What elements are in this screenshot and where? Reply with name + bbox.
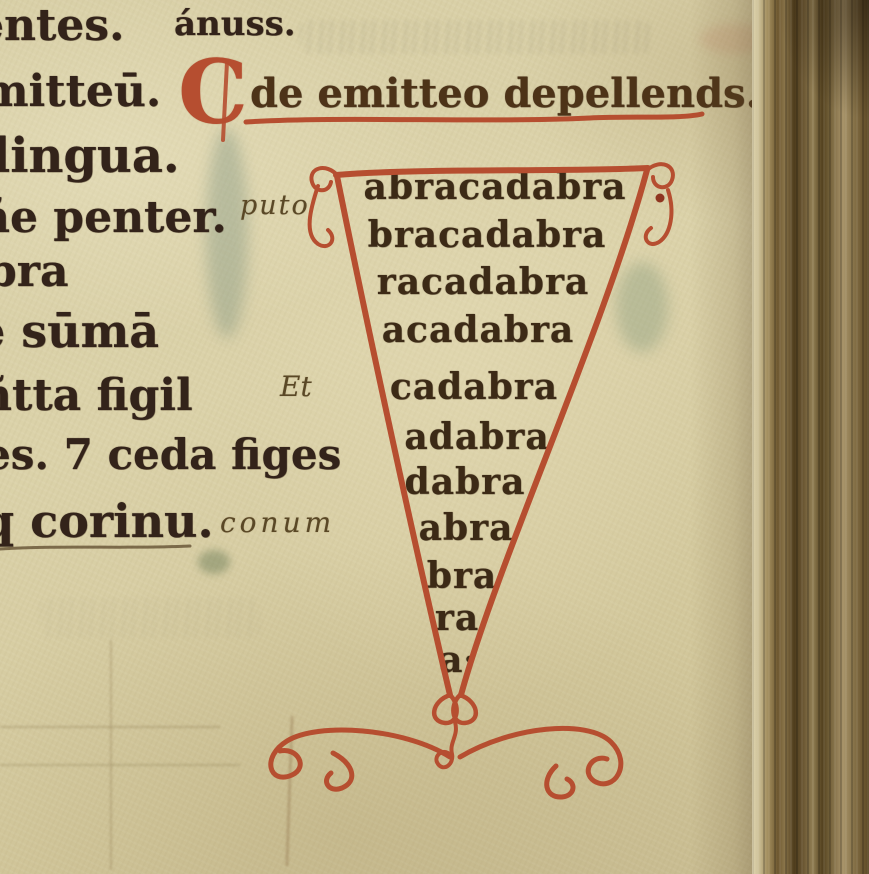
text-line-lingua: lingua. — [0, 128, 180, 184]
text-line-entes: entes. — [0, 0, 124, 51]
triangle-line-3: racadabra — [377, 261, 590, 303]
ruling-line — [0, 764, 240, 766]
triangle-line-10: ra — [435, 597, 479, 639]
book-fore-edge — [752, 0, 869, 874]
flourish-left-hook — [327, 753, 352, 789]
corner-curl-right — [647, 164, 673, 187]
text-line-corinu: q corinu. — [0, 494, 213, 548]
text-line-ceda: es. 7 ceda figes — [0, 430, 341, 479]
page-curvature-shadow — [690, 0, 752, 874]
parchment-crease — [285, 716, 293, 866]
parchment-crease — [110, 640, 112, 870]
margin-note-anuss: ánuss. — [174, 4, 296, 44]
chapter-heading: de emitteo depellends. — [250, 70, 760, 117]
apex-descender — [436, 722, 456, 767]
capitulum-initial: C — [178, 48, 248, 136]
triangle-line-5: cadabra — [390, 366, 558, 408]
flourish-right — [460, 728, 621, 783]
text-line-mitteu: mitteū. — [0, 66, 161, 117]
triangle-line-8: abra — [419, 507, 514, 549]
apex-knot-right-loop — [453, 695, 475, 723]
text-line-bra: bra — [0, 246, 68, 297]
green-pigment-smudge — [616, 262, 668, 352]
text-line-summa: e sūmā — [0, 304, 159, 358]
triangle-line-11: a· — [439, 639, 477, 681]
triangle-line-7: dabra — [405, 461, 526, 503]
flourish-right-hook — [547, 766, 573, 797]
text-line-figil: ñtta figil — [0, 370, 193, 421]
bleedthrough-text-smudge — [300, 20, 650, 54]
margin-note-conum: conum — [220, 506, 335, 539]
apex-knot-left-loop — [434, 695, 456, 723]
flourish-left — [271, 730, 450, 777]
triangle-line-1: abracadabra — [364, 166, 627, 208]
corner-curl-dot — [656, 194, 665, 203]
bleedthrough-text-smudge — [40, 598, 260, 638]
margin-note-puto: puto — [240, 190, 310, 221]
triangle-line-6: adabra — [404, 416, 549, 458]
triangle-line-2: bracadabra — [368, 214, 607, 256]
corner-curl-left — [311, 168, 338, 190]
text-line-penter: ñe penter. — [0, 192, 227, 243]
corner-curl-left-tail — [310, 186, 333, 246]
green-pigment-smudge — [198, 550, 230, 574]
corner-curl-right-tail — [646, 190, 672, 244]
triangle-line-9: bra — [427, 555, 497, 597]
manuscript-page-photo: entes. ánuss. mitteū. lingua. ñe penter.… — [0, 0, 869, 874]
triangle-line-4: acadabra — [382, 309, 575, 351]
margin-note-et: Et — [280, 370, 312, 403]
ruling-line — [0, 726, 220, 728]
